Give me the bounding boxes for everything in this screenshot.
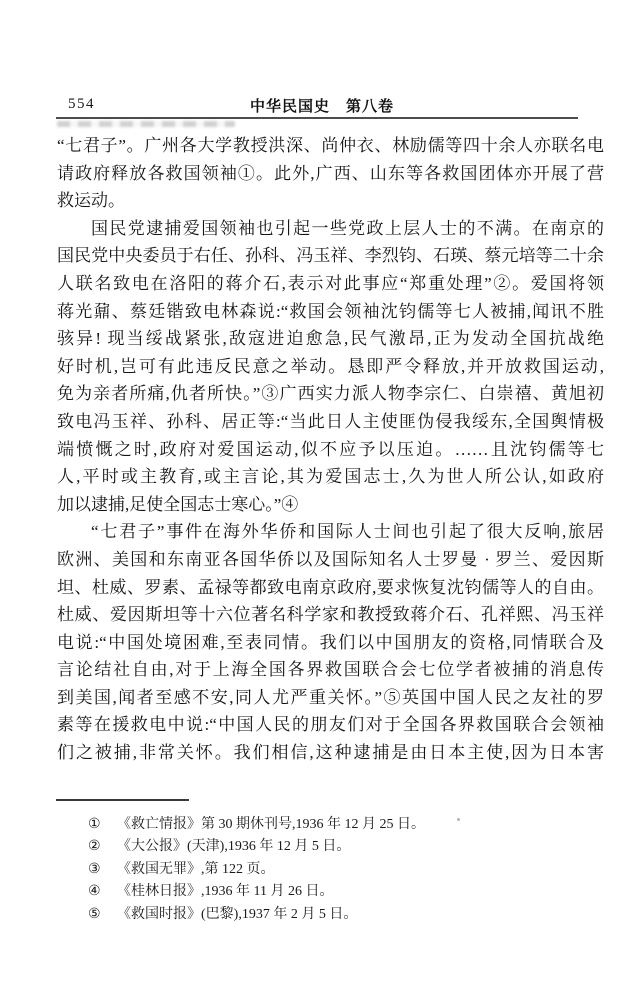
body-text-line: 免为亲者所痛,仇者所快。”③广西实力派人物李宗仁、白崇禧、黄旭初 bbox=[57, 380, 604, 408]
body-text-line: 国民党中央委员于右任、孙科、冯玉祥、李烈钧、石瑛、蔡元培等二十余 bbox=[57, 242, 604, 270]
book-page: 554 中华民国史 第八卷 “七君子”。广州各大学教授洪深、尚仲衣、林励儒等四十… bbox=[0, 0, 644, 1000]
body-text-line: 请政府释放各救国领袖①。此外,广西、山东等各救国团体亦开展了营 bbox=[57, 160, 604, 188]
body-text-line: 骇异! 现当绥战紧张,敌寇进迫愈急,民气激昂,正为发动全国抗战绝 bbox=[57, 325, 604, 353]
print-smudge-artifact bbox=[57, 121, 235, 127]
body-text: “七君子”。广州各大学教授洪深、尚仲衣、林励儒等四十余人亦联名电 请政府释放各救… bbox=[57, 132, 604, 767]
body-text-line: 端愤慨之时,政府对爱国运动,似不应予以压迫。……且沈钧儒等七 bbox=[57, 436, 604, 464]
body-text-line: 好时机,岂可有此违反民意之举动。恳即严令释放,并开放救国运动, bbox=[57, 353, 604, 381]
footnote-marker: ⑤ bbox=[88, 904, 106, 926]
scan-speck bbox=[262, 888, 264, 891]
body-text-line: 言论结社自由,对于上海全国各界救国联合会七位学者被捕的消息传 bbox=[57, 656, 604, 684]
footnote-marker: ③ bbox=[88, 859, 106, 881]
footnote: ② 《大公报》(天津),1936 年 12 月 5 日。 bbox=[88, 836, 588, 858]
body-text-line: 素等在援救电中说:“中国人民的朋友们对于全国各界救国联合会领袖 bbox=[57, 711, 604, 739]
footnote-text: 《救国无罪》,第 122 页。 bbox=[117, 859, 588, 881]
body-text-line: 蒋光鼐、蔡廷锴致电林森说:“救国会领袖沈钧儒等七人被捕,闻讯不胜 bbox=[57, 298, 604, 326]
body-text-line: 坦、杜威、罗素、孟禄等都致电南京政府,要求恢复沈钧儒等人的自由。 bbox=[57, 574, 604, 602]
footnote-marker: ② bbox=[88, 836, 106, 858]
scan-speck bbox=[138, 823, 140, 825]
body-text-line: 加以逮捕,足使全国志士寒心。”④ bbox=[57, 491, 604, 519]
scan-speck bbox=[457, 818, 460, 821]
body-text-line: “七君子”。广州各大学教授洪深、尚仲衣、林励儒等四十余人亦联名电 bbox=[57, 132, 604, 160]
body-text-line: 们之被捕,非常关怀。我们相信,这种逮捕是由日本主使,因为日本害 bbox=[57, 739, 604, 767]
footnote-marker: ④ bbox=[88, 881, 106, 903]
footnote-text: 《救亡情报》第 30 期休刊号,1936 年 12 月 25 日。 bbox=[117, 814, 588, 836]
body-text-line: 致电冯玉祥、孙科、居正等:“当此日人主使匪伪侵我绥东,全国舆情极 bbox=[57, 408, 604, 436]
body-text-line: “七君子”事件在海外华侨和国际人士间也引起了很大反响,旅居 bbox=[57, 518, 604, 546]
footnote-text: 《大公报》(天津),1936 年 12 月 5 日。 bbox=[117, 836, 588, 858]
footnote-rule bbox=[56, 799, 189, 801]
footnote: ⑤ 《救国时报》(巴黎),1937 年 2 月 5 日。 bbox=[88, 904, 588, 926]
footnote: ③ 《救国无罪》,第 122 页。 bbox=[88, 859, 588, 881]
body-text-line: 国民党逮捕爱国领袖也引起一些党政上层人士的不满。在南京的 bbox=[57, 215, 604, 243]
footnote: ④ 《桂林日报》,1936 年 11 月 26 日。 bbox=[88, 881, 588, 903]
body-text-line: 救运动。 bbox=[57, 187, 604, 215]
footnotes: ① 《救亡情报》第 30 期休刊号,1936 年 12 月 25 日。 ② 《大… bbox=[88, 814, 588, 926]
body-text-line: 电说:“中国处境困难,至表同情。我们以中国朋友的资格,同情联合及 bbox=[57, 629, 604, 657]
body-text-line: 杜威、爱因斯坦等十六位著名科学家和教授致蒋介石、孔祥熙、冯玉祥 bbox=[57, 601, 604, 629]
footnote: ① 《救亡情报》第 30 期休刊号,1936 年 12 月 25 日。 bbox=[88, 814, 588, 836]
body-text-line: 到美国,闻者至感不安,同人尤严重关怀。”⑤英国中国人民之友社的罗 bbox=[57, 684, 604, 712]
body-text-line: 欧洲、美国和东南亚各国华侨以及国际知名人士罗曼 · 罗兰、爱因斯 bbox=[57, 546, 604, 574]
header-rule bbox=[56, 117, 578, 119]
footnote-text: 《救国时报》(巴黎),1937 年 2 月 5 日。 bbox=[117, 904, 588, 926]
running-title: 中华民国史 第八卷 bbox=[0, 95, 644, 116]
body-text-line: 人,平时或主教育,或主言论,其为爱国志士,久为世人所公认,如政府 bbox=[57, 463, 604, 491]
footnote-text: 《桂林日报》,1936 年 11 月 26 日。 bbox=[117, 881, 588, 903]
footnote-marker: ① bbox=[88, 814, 106, 836]
body-text-line: 人联名致电在洛阳的蒋介石,表示对此事应“郑重处理”②。爱国将领 bbox=[57, 270, 604, 298]
